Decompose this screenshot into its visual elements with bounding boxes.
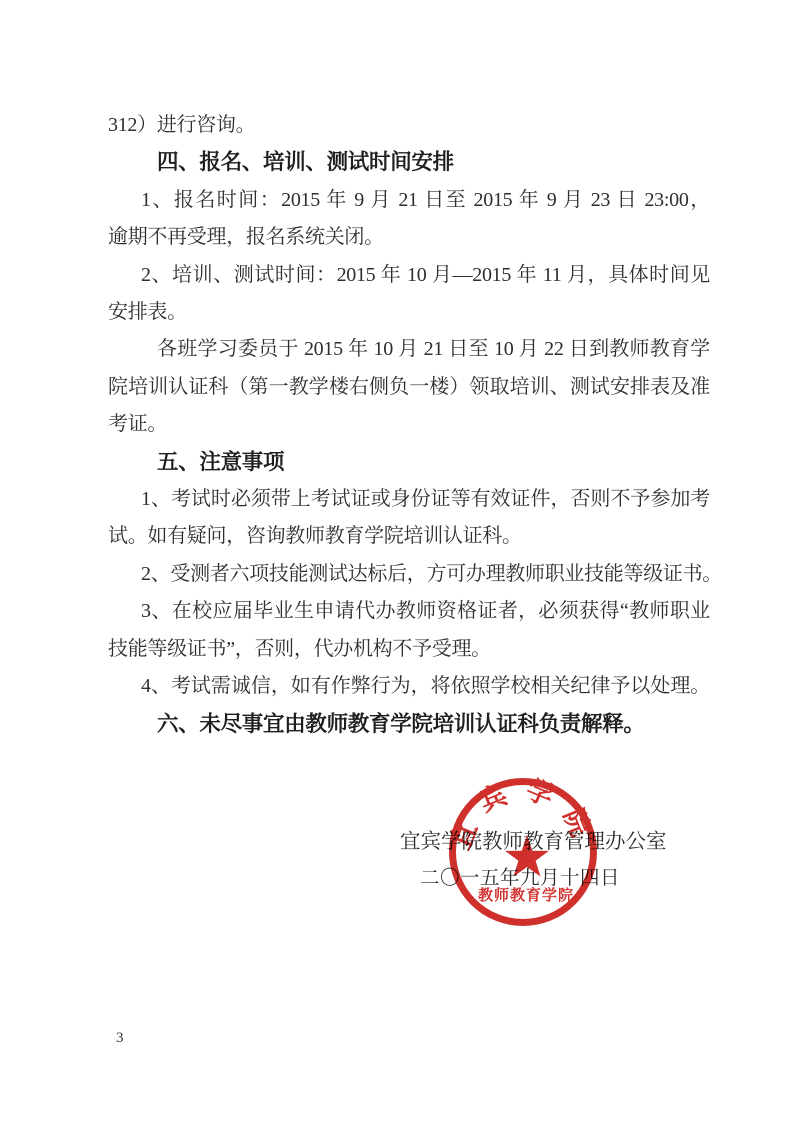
body-paragraph: 1、考试时必须带上考试证或身份证等有效证件，否则不予参加考试。如有疑问，咨询教师… xyxy=(108,481,710,556)
paragraph-line: 四、报名、培训、测试时间安排 xyxy=(108,144,710,181)
paragraph-line: 各班学习委员于 2015 年 10 月 21 日至 10 月 22 日到教师教育… xyxy=(108,331,710,368)
body-paragraph: 312）进行咨询。 xyxy=(108,107,710,144)
body-paragraph: 3、在校应届毕业生申请代办教师资格证者，必须获得“教师职业技能等级证书”，否则，… xyxy=(108,593,710,668)
paragraph-line: 1、考试时必须带上考试证或身份证等有效证件，否则不予参加考 xyxy=(108,481,710,518)
page-number: 3 xyxy=(116,1030,124,1047)
body-paragraph: 1、报名时间：2015 年 9 月 21 日至 2015 年 9 月 23 日 … xyxy=(108,182,710,257)
paragraph-line: 院培训认证科（第一教学楼右侧负一楼）领取培训、测试安排表及准 xyxy=(108,369,710,406)
paragraph-line: 2、培训、测试时间：2015 年 10 月—2015 年 11 月，具体时间见 xyxy=(108,257,710,294)
body-paragraph: 4、考试需诚信，如有作弊行为，将依照学校相关纪律予以处理。 xyxy=(108,668,710,705)
paragraph-line: 1、报名时间：2015 年 9 月 21 日至 2015 年 9 月 23 日 … xyxy=(108,182,710,219)
paragraph-line: 2、受测者六项技能测试达标后，方可办理教师职业技能等级证书。 xyxy=(108,556,710,593)
paragraph-line: 六、未尽事宜由教师教育学院培训认证科负责解释。 xyxy=(108,706,710,743)
paragraph-line: 五、注意事项 xyxy=(108,444,710,481)
paragraph-line: 312）进行咨询。 xyxy=(108,107,710,144)
paragraph-line: 逾期不再受理，报名系统关闭。 xyxy=(108,219,710,256)
paragraph-line: 4、考试需诚信，如有作弊行为，将依照学校相关纪律予以处理。 xyxy=(108,668,710,705)
document-page: 312）进行咨询。四、报名、培训、测试时间安排1、报名时间：2015 年 9 月… xyxy=(0,0,800,1131)
document-body: 312）进行咨询。四、报名、培训、测试时间安排1、报名时间：2015 年 9 月… xyxy=(108,107,710,743)
body-paragraph: 各班学习委员于 2015 年 10 月 21 日至 10 月 22 日到教师教育… xyxy=(108,331,710,443)
paragraph-line: 技能等级证书”，否则，代办机构不予受理。 xyxy=(108,631,710,668)
signature-office: 宜宾学院教师教育管理办公室 xyxy=(400,824,800,854)
body-paragraph: 2、培训、测试时间：2015 年 10 月—2015 年 11 月，具体时间见安… xyxy=(108,257,710,332)
section-heading: 五、注意事项 xyxy=(108,444,710,481)
paragraph-line: 考证。 xyxy=(108,406,710,443)
section-heading: 六、未尽事宜由教师教育学院培训认证科负责解释。 xyxy=(108,706,710,743)
paragraph-line: 安排表。 xyxy=(108,294,710,331)
body-paragraph: 2、受测者六项技能测试达标后，方可办理教师职业技能等级证书。 xyxy=(108,556,710,593)
section-heading: 四、报名、培训、测试时间安排 xyxy=(108,144,710,181)
paragraph-line: 试。如有疑问，咨询教师教育学院培训认证科。 xyxy=(108,518,710,555)
paragraph-line: 3、在校应届毕业生申请代办教师资格证者，必须获得“教师职业 xyxy=(108,593,710,630)
signature-date: 二〇一五年九月十四日 xyxy=(420,862,800,890)
